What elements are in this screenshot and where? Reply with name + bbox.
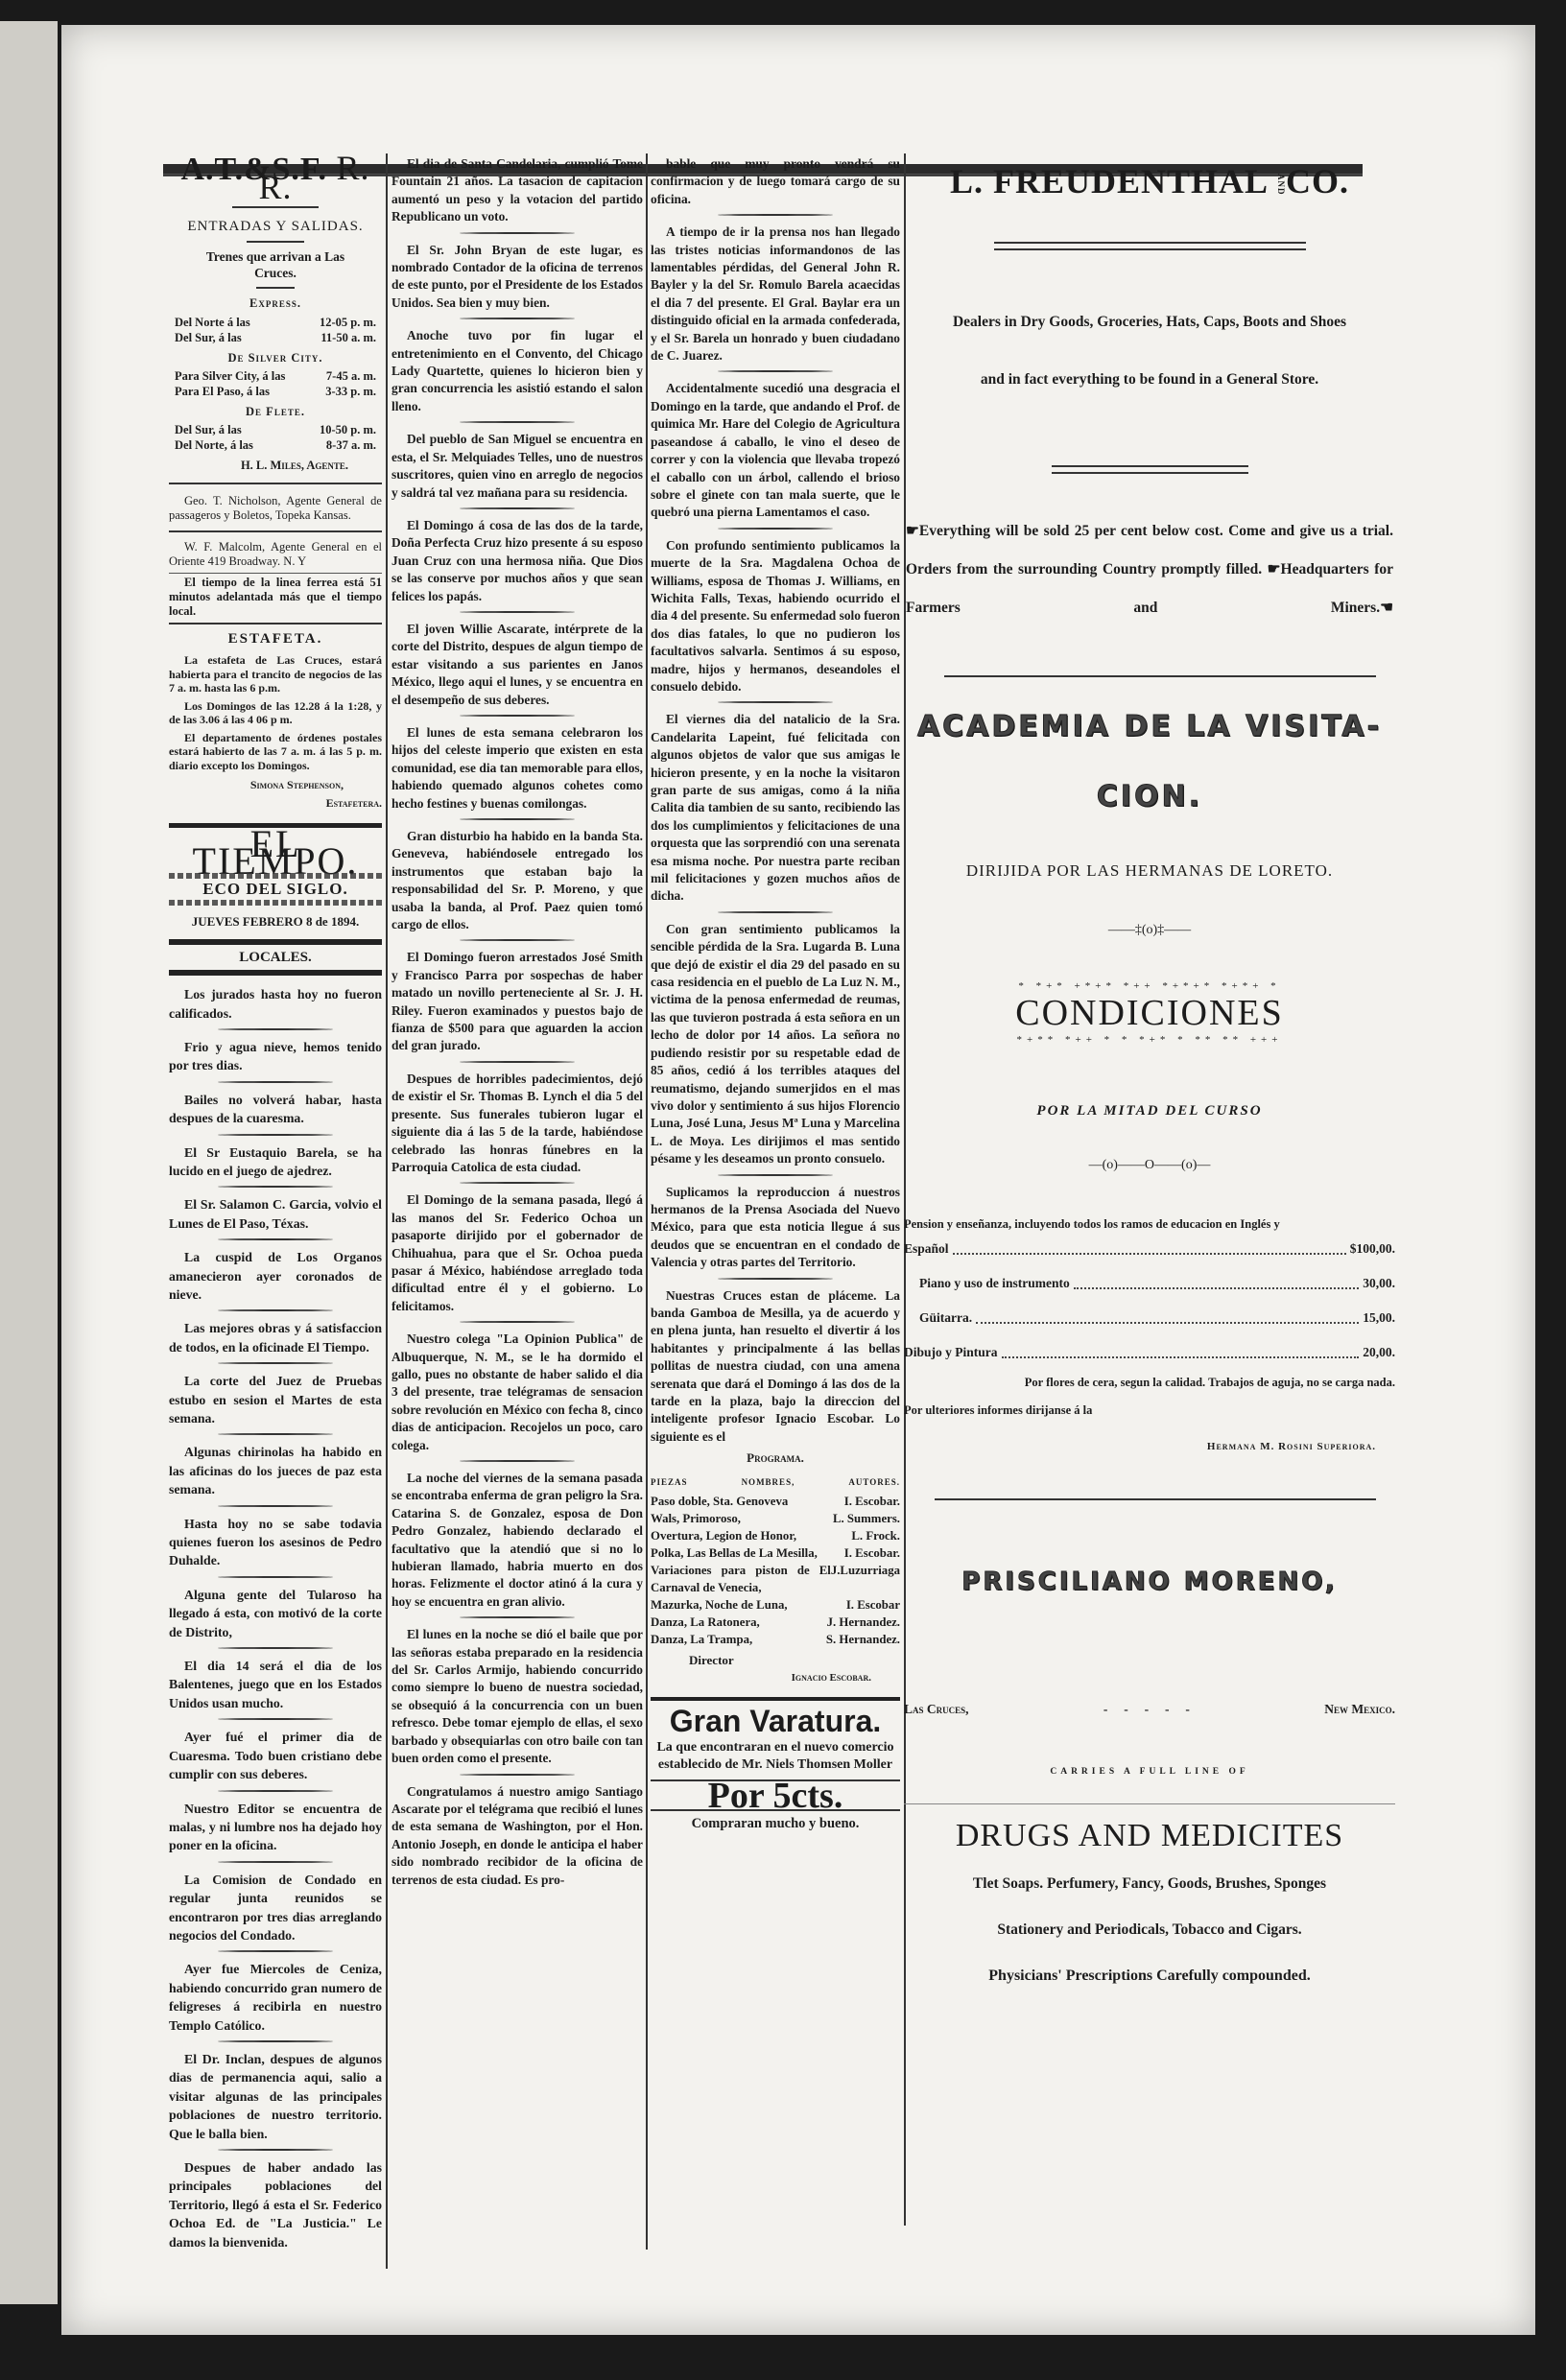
divider bbox=[218, 2040, 333, 2042]
news-item: Ayer fué el primer dia de Cuaresma. Todo… bbox=[169, 1728, 382, 1783]
news-item: La corte del Juez de Pruebas estubo en s… bbox=[169, 1372, 382, 1427]
programa-title: Programa. bbox=[651, 1449, 900, 1467]
schedule-time: 7-45 a. m. bbox=[326, 368, 376, 384]
masthead-subtitle: ECO DEL SIGLO. bbox=[169, 881, 382, 898]
divider bbox=[218, 1718, 333, 1720]
news-item: El Domingo fueron arrestados José Smith … bbox=[391, 949, 643, 1054]
news-item: La Comision de Condado en regular junta … bbox=[169, 1871, 382, 1945]
schedule-row: Del Norte, á las8-37 a. m. bbox=[169, 437, 382, 453]
divider bbox=[718, 911, 833, 913]
schedule-time: 12-05 p. m. bbox=[320, 315, 376, 330]
news-item: Congratulamos á nuestro amigo Santiago A… bbox=[391, 1783, 643, 1889]
divider bbox=[218, 1134, 333, 1136]
divider bbox=[651, 1697, 900, 1701]
divider bbox=[460, 818, 575, 820]
academia-condiciones: CONDICIONES bbox=[904, 992, 1395, 1034]
agent-nicholson: Geo. T. Nicholson, Agente General de pas… bbox=[169, 494, 382, 523]
freudenthal-name: L. FREUDENTHAL bbox=[950, 162, 1267, 200]
price-value: $100,00. bbox=[1350, 1232, 1395, 1266]
column-rule bbox=[646, 153, 648, 2250]
price-value: 15,00. bbox=[1363, 1301, 1395, 1335]
programa-row: Variaciones para piston de El Carnaval d… bbox=[651, 1562, 900, 1596]
freudenthal-line2: and in fact everything to be found in a … bbox=[904, 371, 1395, 389]
schedule-express: Del Norte á las12-05 p. m.Del Sur, á las… bbox=[169, 315, 382, 345]
news-item: El lunes en la noche se dió el baile que… bbox=[391, 1626, 643, 1767]
divider bbox=[718, 1278, 833, 1280]
price-item: Español bbox=[904, 1232, 949, 1266]
divider bbox=[460, 1616, 575, 1618]
divider bbox=[460, 939, 575, 941]
news-item: Alguna gente del Tularoso ha llegado á e… bbox=[169, 1586, 382, 1641]
programa-row: Mazurka, Noche de Luna,I. Escobar bbox=[651, 1596, 900, 1614]
varatura-price: Por 5cts. bbox=[651, 1787, 900, 1804]
divider bbox=[460, 611, 575, 613]
news-item: El Sr. Salamon C. Garcia, volvio el Lune… bbox=[169, 1195, 382, 1233]
railroad-title-main: A.T.&S.F. bbox=[180, 152, 327, 187]
news-item: Frio y agua nieve, hemos tenido por tres… bbox=[169, 1038, 382, 1075]
price-row: Piano y uso de instrumento30,00. bbox=[904, 1266, 1395, 1301]
schedule-express-label: Express. bbox=[169, 295, 382, 312]
news-item: El Sr Eustaquio Barela, se ha lucido en … bbox=[169, 1143, 382, 1181]
divider bbox=[169, 530, 382, 532]
programa-author: I. Escobar. bbox=[844, 1544, 900, 1562]
programa-piece: Paso doble, Sta. Genoveva bbox=[651, 1493, 788, 1510]
dot-leader bbox=[1074, 1266, 1359, 1289]
programa-header: NOMBRES, bbox=[742, 1473, 795, 1491]
price-value: 30,00. bbox=[1363, 1266, 1395, 1301]
divider bbox=[218, 2149, 333, 2151]
programa-piece: Variaciones para piston de El Carnaval d… bbox=[651, 1562, 831, 1596]
schedule-flete: Del Sur, á las10-50 p. m.Del Norte, á la… bbox=[169, 422, 382, 453]
news-item: Accidentalmente sucedió una desgracia el… bbox=[651, 380, 900, 521]
price-row: Güitarra.15,00. bbox=[904, 1301, 1395, 1335]
column-2: El dia de Santa Candelaria, cumplió Tome… bbox=[391, 155, 643, 1893]
railroad-section: ENTRADAS Y SALIDAS. bbox=[169, 218, 382, 235]
ornament-stars: * *+* +*+* *++ *+*+* *+*+ * bbox=[904, 980, 1395, 992]
divider bbox=[218, 1309, 333, 1311]
divider bbox=[460, 1774, 575, 1776]
moreno-drugs-heading: DRUGS AND MEDICITES bbox=[904, 1818, 1395, 1854]
divider bbox=[718, 701, 833, 703]
academia-informes: Por ulteriores informes dirijanse á la bbox=[904, 1403, 1395, 1418]
moreno-line2: Stationery and Periodicals, Tobacco and … bbox=[904, 1921, 1395, 1939]
dot-leader bbox=[976, 1301, 1359, 1324]
freudenthal-title: L. FREUDENTHAL ANDCO. bbox=[904, 161, 1395, 201]
locales-column-3: bable que muy pronto vendrá su confirmac… bbox=[651, 155, 900, 1446]
programa-headers: PIEZASNOMBRES,AUTORES. bbox=[651, 1473, 900, 1491]
schedule-label: Para Silver City, á las bbox=[175, 368, 285, 384]
programa-piece: Wals, Primoroso, bbox=[651, 1510, 741, 1527]
programa-table: Paso doble, Sta. GenovevaI. Escobar.Wals… bbox=[651, 1493, 900, 1648]
academia-price-list: Español$100,00.Piano y uso de instrument… bbox=[904, 1232, 1395, 1370]
programa-row: Polka, Las Bellas de La Mesilla,I. Escob… bbox=[651, 1544, 900, 1562]
divider bbox=[169, 939, 382, 945]
news-item: Del pueblo de San Miguel se encuentra en… bbox=[391, 431, 643, 502]
news-item: La noche del viernes de la semana pasada… bbox=[391, 1470, 643, 1611]
estafeta-role: Estafetera. bbox=[169, 794, 382, 812]
news-item: El dia 14 será el dia de los Balentenes,… bbox=[169, 1657, 382, 1712]
schedule-row: Del Norte á las12-05 p. m. bbox=[169, 315, 382, 330]
programa-author: I. Escobar bbox=[846, 1596, 900, 1614]
varatura-tagline: Compraran mucho y bueno. bbox=[651, 1815, 900, 1832]
varatura-body: La que encontraran en el nuevo comercio … bbox=[651, 1739, 900, 1774]
schedule-label: Del Sur, á las bbox=[175, 422, 242, 437]
divider-wavy bbox=[169, 900, 382, 906]
divider bbox=[218, 1505, 333, 1507]
schedule-row: Para El Paso, á las3-33 p. m. bbox=[169, 384, 382, 399]
news-item: El lunes de esta semana celebraron los h… bbox=[391, 724, 643, 813]
programa-row: Paso doble, Sta. GenovevaI. Escobar. bbox=[651, 1493, 900, 1510]
moreno-title: PRISCILIANO MORENO, bbox=[904, 1567, 1395, 1596]
programa-row: Wals, Primoroso,L. Summers. bbox=[651, 1510, 900, 1527]
schedule-silver-label: De Silver City. bbox=[169, 349, 382, 366]
estafeta-body: La estafeta de Las Cruces, estará habier… bbox=[169, 653, 382, 772]
programa-piece: Polka, Las Bellas de La Mesilla, bbox=[651, 1544, 818, 1562]
programa-header: PIEZAS bbox=[651, 1473, 688, 1491]
section-locales: LOCALES. bbox=[169, 949, 382, 966]
divider bbox=[218, 1028, 333, 1030]
programa-row: Danza, La Ratonera,J. Hernandez. bbox=[651, 1614, 900, 1631]
issue-date: JUEVES FEBRERO 8 de 1894. bbox=[169, 913, 382, 931]
price-item: Güitarra. bbox=[919, 1301, 972, 1335]
programa-header: AUTORES. bbox=[848, 1473, 900, 1491]
column-1: A.T.&S.F. R. R. ENTRADAS Y SALIDAS. Tren… bbox=[169, 155, 382, 2255]
news-item: Algunas chirinolas ha habido en las afic… bbox=[169, 1443, 382, 1498]
divider bbox=[218, 1362, 333, 1364]
academia-title-line2: CION. bbox=[904, 780, 1395, 813]
price-item: Dibujo y Pintura bbox=[904, 1335, 998, 1370]
programa-author: S. Hernandez. bbox=[826, 1631, 900, 1648]
estafeta-title: ESTAFETA. bbox=[169, 630, 382, 648]
ornament-stars: *+** *++ * * *+* * ** ** +++ bbox=[904, 1034, 1395, 1046]
news-item: Nuestro colega "La Opinion Publica" de A… bbox=[391, 1331, 643, 1454]
news-item: El Domingo á cosa de las dos de la tarde… bbox=[391, 517, 643, 605]
divider bbox=[218, 1861, 333, 1863]
moreno-line1: Tlet Soaps. Perfumery, Fancy, Goods, Bru… bbox=[904, 1875, 1395, 1893]
news-item: Despues de horribles padecimientos, dejó… bbox=[391, 1071, 643, 1176]
news-item: Nuestro Editor se encuentra de malas, y … bbox=[169, 1800, 382, 1855]
divider bbox=[169, 623, 382, 624]
freudenthal-line1: Dealers in Dry Goods, Groceries, Hats, C… bbox=[904, 314, 1395, 331]
divider bbox=[218, 1950, 333, 1952]
moreno-city: Las Cruces, bbox=[904, 1702, 969, 1717]
divider bbox=[935, 1498, 1376, 1500]
divider-double bbox=[994, 242, 1306, 250]
news-item: Con gran sentimiento publicamos la senci… bbox=[651, 921, 900, 1168]
news-item: bable que muy pronto vendrá su confirmac… bbox=[651, 155, 900, 208]
schedule-label: Del Sur, á las bbox=[175, 330, 242, 345]
academia-signer: Hermana M. Rosini Superiora. bbox=[904, 1441, 1376, 1452]
news-item: El joven Willie Ascarate, intérprete de … bbox=[391, 621, 643, 709]
schedule-label: Del Norte á las bbox=[175, 315, 250, 330]
news-item: El Domingo de la semana pasada, llegó á … bbox=[391, 1191, 643, 1315]
schedule-row: Para Silver City, á las7-45 a. m. bbox=[169, 368, 382, 384]
divider bbox=[218, 1186, 333, 1188]
programa-author: J. Hernandez. bbox=[827, 1614, 900, 1631]
news-item: Bailes no volverá habar, hasta despues d… bbox=[169, 1091, 382, 1128]
programa-piece: Overtura, Legion de Honor, bbox=[651, 1527, 796, 1544]
news-item: Las mejores obras y á satisfaccion de to… bbox=[169, 1319, 382, 1356]
divider bbox=[218, 1576, 333, 1578]
news-item: El dia de Santa Candelaria, cumplió Tome… bbox=[391, 155, 643, 226]
agent-malcolm: W. F. Malcolm, Agente General en el Orie… bbox=[169, 540, 382, 569]
divider bbox=[460, 1321, 575, 1323]
divider bbox=[460, 1460, 575, 1462]
schedule-time: 3-33 p. m. bbox=[325, 384, 376, 399]
schedule-row: Del Sur, á las11-50 a. m. bbox=[169, 330, 382, 345]
moreno-location: Las Cruces, - - - - - New Mexico. bbox=[904, 1702, 1395, 1717]
programa-piece: Mazurka, Noche de Luna, bbox=[651, 1596, 788, 1614]
column-3: bable que muy pronto vendrá su confirmac… bbox=[651, 155, 900, 1832]
academia-mitad-del-curso: POR LA MITAD DEL CURSO bbox=[904, 1103, 1395, 1119]
news-item: Gran disturbio ha habido en la banda Sta… bbox=[391, 828, 643, 933]
railroad-subtitle: Trenes que arrivan a Las Cruces. bbox=[169, 248, 382, 281]
divider bbox=[169, 970, 382, 976]
divider bbox=[247, 241, 304, 243]
schedule-row: Del Sur, á las10-50 p. m. bbox=[169, 422, 382, 437]
moreno-carries: CARRIES A FULL LINE OF bbox=[904, 1767, 1395, 1777]
news-item: Anoche tuvo por fin lugar el entretenimi… bbox=[391, 327, 643, 415]
news-item: Suplicamos la reproduccion á nuestros he… bbox=[651, 1184, 900, 1272]
divider bbox=[218, 1433, 333, 1435]
news-item: El Dr. Inclan, despues de algunos dias d… bbox=[169, 2050, 382, 2143]
divider bbox=[460, 421, 575, 423]
news-item: Ayer fue Miercoles de Ceniza, habiendo c… bbox=[169, 1960, 382, 2035]
news-item: El viernes dia del natalicio de la Sra. … bbox=[651, 711, 900, 905]
divider bbox=[218, 1081, 333, 1083]
column-rule bbox=[386, 153, 388, 2269]
railroad-agent: H. L. Miles, Agente. bbox=[207, 457, 382, 474]
programa-director-label: Director bbox=[651, 1652, 900, 1669]
news-item: A tiempo de ir la prensa nos han llegado… bbox=[651, 224, 900, 365]
dot-leader bbox=[1002, 1335, 1360, 1358]
academia-pension-intro: Pension y enseñanza, incluyendo todos lo… bbox=[904, 1217, 1395, 1232]
divider-wavy bbox=[169, 873, 382, 879]
news-item: Los jurados hasta hoy no fueron califica… bbox=[169, 985, 382, 1023]
news-item: Con profundo sentimiento publicamos la m… bbox=[651, 537, 900, 696]
news-item: Nuestras Cruces estan de pláceme. La ban… bbox=[651, 1287, 900, 1447]
programa-row: Danza, La Trampa,S. Hernandez. bbox=[651, 1631, 900, 1648]
academia-flores: Por flores de cera, segun la calidad. Tr… bbox=[904, 1376, 1395, 1390]
price-value: 20,00. bbox=[1363, 1335, 1395, 1370]
divider bbox=[218, 1238, 333, 1240]
ornament: —(o)——O——(o)— bbox=[904, 1158, 1395, 1173]
divider bbox=[460, 232, 575, 234]
divider bbox=[218, 1790, 333, 1792]
advertisements: L. FREUDENTHAL ANDCO. Dealers in Dry Goo… bbox=[904, 155, 1395, 1985]
masthead-title: EL TIEMPO. bbox=[169, 836, 382, 871]
price-row: Español$100,00. bbox=[904, 1232, 1395, 1266]
programa-piece: Danza, La Ratonera, bbox=[651, 1614, 760, 1631]
moreno-dashes: - - - - - bbox=[1103, 1702, 1190, 1717]
programa-author: L. Frock. bbox=[851, 1527, 900, 1544]
schedule-time: 11-50 a. m. bbox=[320, 330, 376, 345]
schedule-silver: Para Silver City, á las7-45 a. m.Para El… bbox=[169, 368, 382, 399]
freudenthal-co: CO. bbox=[1286, 162, 1349, 200]
programa-piece: Danza, La Trampa, bbox=[651, 1631, 752, 1648]
divider bbox=[169, 573, 382, 574]
programa-author: J.Luzurriaga bbox=[831, 1562, 900, 1596]
locales-column-1: Los jurados hasta hoy no fueron califica… bbox=[169, 985, 382, 2251]
schedule-time: 10-50 p. m. bbox=[320, 422, 376, 437]
programa-author: I. Escobar. bbox=[844, 1493, 900, 1510]
locales-column-2: El dia de Santa Candelaria, cumplió Tome… bbox=[391, 155, 643, 1889]
estafeta-signer: Simona Stephenson, bbox=[169, 776, 382, 793]
programa-director: Ignacio Escobar. bbox=[651, 1669, 900, 1686]
railroad-title: A.T.&S.F. R. R. bbox=[169, 159, 382, 199]
divider bbox=[718, 370, 833, 372]
divider bbox=[718, 1174, 833, 1176]
dot-leader bbox=[953, 1232, 1346, 1255]
schedule-flete-label: De Flete. bbox=[169, 403, 382, 420]
divider-double bbox=[1052, 465, 1248, 474]
programa-row: Overtura, Legion de Honor,L. Frock. bbox=[651, 1527, 900, 1544]
academia-title-line1: ACADEMIA DE LA VISITA- bbox=[904, 710, 1395, 743]
estafeta-paragraph: Los Domingos de las 12.28 á la 1:28, y d… bbox=[169, 699, 382, 727]
academia-directed-by: DIRIJIDA POR LAS HERMANAS DE LORETO. bbox=[904, 861, 1395, 881]
freudenthal-and: AND bbox=[1276, 174, 1286, 196]
news-item: Despues de haber andado las principales … bbox=[169, 2158, 382, 2251]
programa-author: L. Summers. bbox=[833, 1510, 900, 1527]
divider bbox=[256, 287, 295, 289]
divider bbox=[944, 675, 1376, 677]
divider bbox=[460, 507, 575, 509]
divider bbox=[218, 1647, 333, 1649]
news-item: La cuspid de Los Organos amanecieron aye… bbox=[169, 1248, 382, 1304]
divider bbox=[460, 318, 575, 319]
railroad-time-note: El tiempo de la linea ferrea está 51 min… bbox=[169, 576, 382, 619]
schedule-label: Del Norte, á las bbox=[175, 437, 253, 453]
divider bbox=[169, 483, 382, 484]
estafeta-paragraph: La estafeta de Las Cruces, estará habier… bbox=[169, 653, 382, 695]
divider bbox=[718, 214, 833, 216]
divider bbox=[460, 1061, 575, 1063]
price-item: Piano y uso de instrumento bbox=[919, 1266, 1070, 1301]
estafeta-paragraph: El departamento de órdenes postales esta… bbox=[169, 731, 382, 773]
schedule-time: 8-37 a. m. bbox=[326, 437, 376, 453]
moreno-state: New Mexico. bbox=[1324, 1702, 1395, 1717]
news-item: Hasta hoy no se sabe todavia quienes fue… bbox=[169, 1515, 382, 1570]
moreno-line3: Physicians' Prescriptions Carefully comp… bbox=[904, 1968, 1395, 1985]
news-item: El Sr. John Bryan de este lugar, es nomb… bbox=[391, 242, 643, 313]
divider bbox=[718, 528, 833, 530]
divider bbox=[460, 715, 575, 717]
divider bbox=[460, 1182, 575, 1184]
varatura-title: Gran Varatura. bbox=[651, 1712, 900, 1730]
price-row: Dibujo y Pintura20,00. bbox=[904, 1335, 1395, 1370]
ornament: ——‡(o)‡—— bbox=[904, 923, 1395, 938]
schedule-label: Para El Paso, á las bbox=[175, 384, 270, 399]
freudenthal-promo: ☛Everything will be sold 25 per cent bel… bbox=[904, 512, 1395, 627]
divider bbox=[904, 1803, 1395, 1804]
